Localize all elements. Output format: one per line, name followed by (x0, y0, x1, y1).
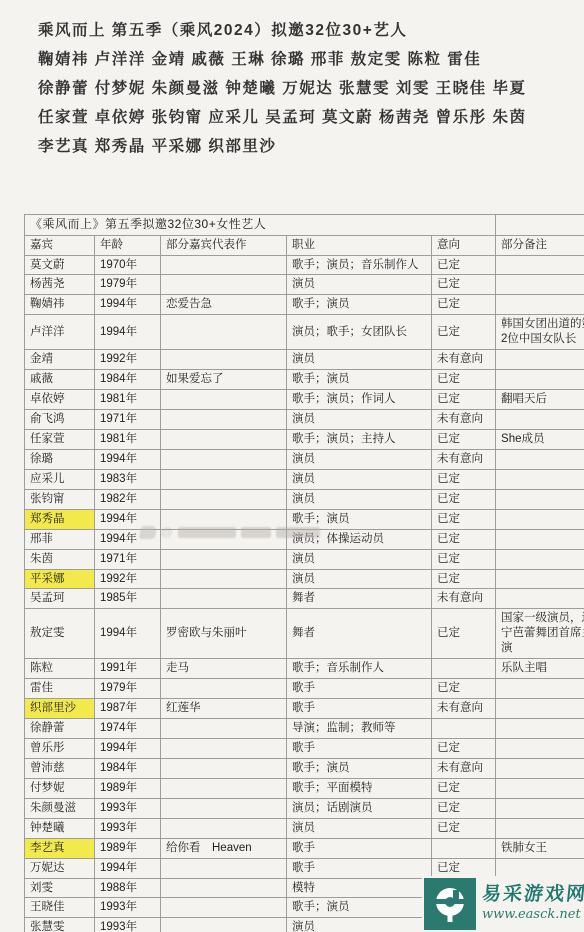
cell-occupation: 歌手 (287, 738, 432, 758)
cell-works: 走马 (161, 659, 287, 679)
table-row: 戚薇1984年如果爱忘了歌手；演员已定 (25, 370, 584, 390)
cell-occupation: 演员 (287, 489, 432, 509)
cell-occupation: 歌手；演员 (287, 898, 432, 918)
cell-intention: 已定 (432, 295, 496, 315)
table-row: 付梦妮1989年歌手；平面模特已定 (25, 778, 584, 798)
cell-guest-name: 敖定雯 (25, 609, 95, 659)
table-row: 钟楚曦1993年演员已定 (25, 818, 584, 838)
cell-works (161, 858, 287, 878)
cell-notes (496, 778, 584, 798)
cell-guest-name: 曾沛慈 (25, 758, 95, 778)
cell-intention: 已定 (432, 469, 496, 489)
cell-works (161, 898, 287, 918)
cell-guest-name: 俞飞鸿 (25, 410, 95, 430)
cell-occupation: 演员；体操运动员 (287, 529, 432, 549)
cell-intention: 已定 (432, 509, 496, 529)
column-header-notes: 部分备注 (496, 235, 584, 255)
cell-notes (496, 818, 584, 838)
table-row: 郑秀晶1994年歌手；演员已定 (25, 509, 584, 529)
cell-notes (496, 569, 584, 589)
table-row: 徐静蕾1974年导演；监制；教师等 (25, 719, 584, 739)
intro-line: 李艺真 郑秀晶 平采娜 织部里沙 (38, 132, 564, 161)
table-row: 朱茵1971年演员已定 (25, 549, 584, 569)
cell-birth-year: 1994年 (95, 315, 161, 350)
cell-notes: She成员 (496, 429, 584, 449)
guest-table-wrap: 《乘风而上》第五季拟邀32位30+女性艺人 嘉宾 年龄 部分嘉宾代表作 职业 意… (24, 214, 584, 932)
cell-works: 罗密欧与朱丽叶 (161, 609, 287, 659)
cell-intention: 已定 (432, 315, 496, 350)
cell-birth-year: 1988年 (95, 878, 161, 898)
cell-notes (496, 798, 584, 818)
cell-guest-name: 应采儿 (25, 469, 95, 489)
cell-occupation: 模特 (287, 878, 432, 898)
cell-intention: 未有意向 (432, 350, 496, 370)
cell-occupation: 演员 (287, 818, 432, 838)
cell-guest-name: 郑秀晶 (25, 509, 95, 529)
cell-occupation: 演员 (287, 350, 432, 370)
intro-text-block: 乘风而上 第五季（乘风2024）拟邀32位30+艺人 鞠婧祎 卢洋洋 金靖 戚薇… (0, 0, 584, 161)
intro-line: 徐静蕾 付梦妮 朱颜曼滋 钟楚曦 万妮达 张慧雯 刘雯 王晓佳 毕夏 (38, 74, 564, 103)
cell-occupation: 舞者 (287, 589, 432, 609)
cell-birth-year: 1992年 (95, 569, 161, 589)
table-title: 《乘风而上》第五季拟邀32位30+女性艺人 (25, 215, 496, 236)
cell-notes (496, 719, 584, 739)
cell-occupation: 歌手 (287, 679, 432, 699)
cell-birth-year: 1993年 (95, 918, 161, 932)
cell-occupation: 导演；监制；教师等 (287, 719, 432, 739)
empty-cell (496, 215, 584, 236)
cell-notes (496, 529, 584, 549)
cell-works (161, 549, 287, 569)
cell-notes (496, 758, 584, 778)
cell-guest-name: 王晓佳 (25, 898, 95, 918)
cell-works (161, 878, 287, 898)
cell-intention: 已定 (432, 778, 496, 798)
cell-intention: 未有意向 (432, 589, 496, 609)
cell-works (161, 449, 287, 469)
cell-works (161, 569, 287, 589)
cell-occupation: 歌手；演员 (287, 509, 432, 529)
cell-works (161, 275, 287, 295)
cell-intention: 已定 (432, 429, 496, 449)
cell-guest-name: 张慧雯 (25, 918, 95, 932)
cell-intention: 未有意向 (432, 758, 496, 778)
table-row: 曾沛慈1984年歌手；演员未有意向 (25, 758, 584, 778)
cell-birth-year: 1994年 (95, 295, 161, 315)
cell-works (161, 255, 287, 275)
site-logo: 易采游戏网 www.easck.net (422, 876, 584, 932)
table-row: 任家萱1981年歌手；演员；主持人已定She成员 (25, 429, 584, 449)
cell-occupation: 歌手；演员；音乐制作人 (287, 255, 432, 275)
cell-notes (496, 275, 584, 295)
cell-works (161, 390, 287, 410)
cell-intention: 已定 (432, 738, 496, 758)
intro-line: 乘风而上 第五季（乘风2024）拟邀32位30+艺人 (38, 16, 564, 45)
cell-intention: 已定 (432, 390, 496, 410)
cell-occupation: 演员 (287, 569, 432, 589)
table-row: 杨茜尧1979年演员已定 (25, 275, 584, 295)
cell-birth-year: 1970年 (95, 255, 161, 275)
cell-guest-name: 吴孟珂 (25, 589, 95, 609)
cell-occupation: 舞者 (287, 609, 432, 659)
cell-notes: 铁肺女王 (496, 838, 584, 858)
intro-line: 任家萱 卓依婷 张钧甯 应采儿 吴孟珂 莫文蔚 杨茜尧 曾乐彤 朱茵 (38, 103, 564, 132)
cell-intention: 已定 (432, 255, 496, 275)
cell-birth-year: 1989年 (95, 838, 161, 858)
site-url: www.easck.net (482, 908, 584, 922)
cell-birth-year: 1984年 (95, 370, 161, 390)
cell-intention: 未有意向 (432, 449, 496, 469)
cell-intention: 已定 (432, 798, 496, 818)
cell-occupation: 歌手；音乐制作人 (287, 659, 432, 679)
site-name: 易采游戏网 (481, 885, 584, 906)
cell-guest-name: 曾乐彤 (25, 738, 95, 758)
cell-works (161, 719, 287, 739)
cell-birth-year: 1993年 (95, 798, 161, 818)
cell-works (161, 679, 287, 699)
table-row: 俞飞鸿1971年演员未有意向 (25, 410, 584, 430)
table-row: 莫文蔚1970年歌手；演员；音乐制作人已定 (25, 255, 584, 275)
cell-notes (496, 679, 584, 699)
table-row: 朱颜曼滋1993年演员；话剧演员已定 (25, 798, 584, 818)
cell-works (161, 589, 287, 609)
cell-guest-name: 莫文蔚 (25, 255, 95, 275)
cell-works (161, 315, 287, 350)
cell-birth-year: 1987年 (95, 699, 161, 719)
table-row: 张钧甯1982年演员已定 (25, 489, 584, 509)
table-row: 平采娜1992年演员已定 (25, 569, 584, 589)
cell-works (161, 918, 287, 932)
cell-occupation: 演员 (287, 918, 432, 932)
cell-occupation: 歌手；平面模特 (287, 778, 432, 798)
cell-birth-year: 1992年 (95, 350, 161, 370)
intro-line: 鞠婧祎 卢洋洋 金靖 戚薇 王琳 徐璐 邢菲 敖定雯 陈粒 雷佳 (38, 45, 564, 74)
cell-notes (496, 549, 584, 569)
table-row: 徐璐1994年演员未有意向 (25, 449, 584, 469)
cell-works (161, 469, 287, 489)
column-header-guest: 嘉宾 (25, 235, 95, 255)
cell-occupation: 演员 (287, 410, 432, 430)
cell-intention: 已定 (432, 679, 496, 699)
cell-works (161, 429, 287, 449)
cell-intention: 已定 (432, 529, 496, 549)
cell-works: 恋爱告急 (161, 295, 287, 315)
cell-birth-year: 1991年 (95, 659, 161, 679)
cell-works (161, 778, 287, 798)
cell-occupation: 歌手；演员 (287, 295, 432, 315)
table-row: 陈粒1991年走马歌手；音乐制作人乐队主唱 (25, 659, 584, 679)
cell-guest-name: 戚薇 (25, 370, 95, 390)
cell-notes (496, 469, 584, 489)
cell-notes (496, 350, 584, 370)
cell-intention (432, 719, 496, 739)
cell-guest-name: 雷佳 (25, 679, 95, 699)
cell-notes: 国家一级演员，辽宁芭蕾舞团首席主演 (496, 609, 584, 659)
cell-guest-name: 徐璐 (25, 449, 95, 469)
cell-birth-year: 1994年 (95, 738, 161, 758)
table-row: 吴孟珂1985年舞者未有意向 (25, 589, 584, 609)
cell-intention: 未有意向 (432, 410, 496, 430)
cell-guest-name: 李艺真 (25, 838, 95, 858)
cell-birth-year: 1994年 (95, 449, 161, 469)
cell-occupation: 歌手 (287, 699, 432, 719)
cell-intention: 已定 (432, 489, 496, 509)
cell-works (161, 818, 287, 838)
cell-works (161, 738, 287, 758)
cell-birth-year: 1985年 (95, 589, 161, 609)
table-row: 曾乐彤1994年歌手已定 (25, 738, 584, 758)
cell-birth-year: 1981年 (95, 390, 161, 410)
cell-notes (496, 589, 584, 609)
cell-birth-year: 1994年 (95, 858, 161, 878)
cell-works (161, 489, 287, 509)
cell-notes (496, 410, 584, 430)
guest-table-body: 《乘风而上》第五季拟邀32位30+女性艺人 嘉宾 年龄 部分嘉宾代表作 职业 意… (25, 215, 584, 932)
cell-guest-name: 朱颜曼滋 (25, 798, 95, 818)
cell-birth-year: 1979年 (95, 679, 161, 699)
cell-notes (496, 509, 584, 529)
cell-guest-name: 陈粒 (25, 659, 95, 679)
cell-occupation: 歌手；演员 (287, 370, 432, 390)
table-row: 邢菲1994年演员；体操运动员已定 (25, 529, 584, 549)
cell-birth-year: 1971年 (95, 410, 161, 430)
cell-occupation: 演员；话剧演员 (287, 798, 432, 818)
cell-notes (496, 255, 584, 275)
cell-guest-name: 张钧甯 (25, 489, 95, 509)
cell-birth-year: 1994年 (95, 609, 161, 659)
cell-guest-name: 金靖 (25, 350, 95, 370)
cell-occupation: 歌手；演员 (287, 758, 432, 778)
cell-works: 如果爱忘了 (161, 370, 287, 390)
cell-occupation: 歌手；演员；作词人 (287, 390, 432, 410)
table-row: 织部里沙1987年红莲华歌手未有意向 (25, 699, 584, 719)
cell-notes (496, 295, 584, 315)
cell-birth-year: 1984年 (95, 758, 161, 778)
cell-notes: 韩国女团出道的第2位中国女队长 (496, 315, 584, 350)
column-header-year: 年龄 (95, 235, 161, 255)
cell-birth-year: 1989年 (95, 778, 161, 798)
cell-works (161, 410, 287, 430)
site-logo-icon (424, 878, 476, 930)
cell-intention (432, 659, 496, 679)
cell-occupation: 演员 (287, 549, 432, 569)
cell-guest-name: 织部里沙 (25, 699, 95, 719)
cell-notes (496, 738, 584, 758)
cell-works: 红莲华 (161, 699, 287, 719)
cell-birth-year: 1983年 (95, 469, 161, 489)
cell-occupation: 演员 (287, 469, 432, 489)
cell-guest-name: 卓依婷 (25, 390, 95, 410)
cell-notes (496, 489, 584, 509)
cell-guest-name: 付梦妮 (25, 778, 95, 798)
cell-occupation: 演员 (287, 449, 432, 469)
table-row: 敖定雯1994年罗密欧与朱丽叶舞者已定国家一级演员，辽宁芭蕾舞团首席主演 (25, 609, 584, 659)
cell-birth-year: 1993年 (95, 818, 161, 838)
cell-works (161, 758, 287, 778)
table-row: 卢洋洋1994年演员；歌手；女团队长已定韩国女团出道的第2位中国女队长 (25, 315, 584, 350)
cell-works (161, 350, 287, 370)
cell-notes (496, 370, 584, 390)
cell-birth-year: 1981年 (95, 429, 161, 449)
cell-guest-name: 卢洋洋 (25, 315, 95, 350)
cell-birth-year: 1994年 (95, 509, 161, 529)
cell-guest-name: 万妮达 (25, 858, 95, 878)
cell-guest-name: 邢菲 (25, 529, 95, 549)
cell-guest-name: 刘雯 (25, 878, 95, 898)
cell-works (161, 798, 287, 818)
cell-intention: 已定 (432, 569, 496, 589)
cell-birth-year: 1982年 (95, 489, 161, 509)
cell-guest-name: 平采娜 (25, 569, 95, 589)
cell-guest-name: 鞠婧祎 (25, 295, 95, 315)
cell-occupation: 歌手 (287, 838, 432, 858)
cell-works (161, 529, 287, 549)
cell-intention (432, 838, 496, 858)
table-row: 卓依婷1981年歌手；演员；作词人已定翻唱天后 (25, 390, 584, 410)
cell-birth-year: 1971年 (95, 549, 161, 569)
cell-intention: 已定 (432, 818, 496, 838)
cell-intention: 已定 (432, 609, 496, 659)
table-row: 金靖1992年演员未有意向 (25, 350, 584, 370)
cell-occupation: 演员 (287, 275, 432, 295)
cell-birth-year: 1974年 (95, 719, 161, 739)
cell-intention: 已定 (432, 275, 496, 295)
column-header-works: 部分嘉宾代表作 (161, 235, 287, 255)
cell-guest-name: 杨茜尧 (25, 275, 95, 295)
column-header-occupation: 职业 (287, 235, 432, 255)
cell-intention: 已定 (432, 370, 496, 390)
cell-intention: 未有意向 (432, 699, 496, 719)
cell-guest-name: 朱茵 (25, 549, 95, 569)
table-row: 李艺真1989年给你看 Heaven歌手铁肺女王 (25, 838, 584, 858)
table-header-row: 嘉宾 年龄 部分嘉宾代表作 职业 意向 部分备注 (25, 235, 584, 255)
cell-intention: 已定 (432, 549, 496, 569)
cell-guest-name: 钟楚曦 (25, 818, 95, 838)
table-row: 应采儿1983年演员已定 (25, 469, 584, 489)
cell-works (161, 509, 287, 529)
cell-notes: 翻唱天后 (496, 390, 584, 410)
cell-notes (496, 449, 584, 469)
cell-works: 给你看 Heaven (161, 838, 287, 858)
cell-notes: 乐队主唱 (496, 659, 584, 679)
cell-notes (496, 699, 584, 719)
table-row: 雷佳1979年歌手已定 (25, 679, 584, 699)
column-header-intention: 意向 (432, 235, 496, 255)
table-title-row: 《乘风而上》第五季拟邀32位30+女性艺人 (25, 215, 584, 236)
cell-birth-year: 1993年 (95, 898, 161, 918)
cell-guest-name: 徐静蕾 (25, 719, 95, 739)
cell-occupation: 歌手 (287, 858, 432, 878)
cell-occupation: 演员；歌手；女团队长 (287, 315, 432, 350)
cell-birth-year: 1994年 (95, 529, 161, 549)
stylized-e-glyph (430, 884, 470, 924)
cell-birth-year: 1979年 (95, 275, 161, 295)
cell-occupation: 歌手；演员；主持人 (287, 429, 432, 449)
guest-table: 《乘风而上》第五季拟邀32位30+女性艺人 嘉宾 年龄 部分嘉宾代表作 职业 意… (24, 214, 584, 932)
table-row: 鞠婧祎1994年恋爱告急歌手；演员已定 (25, 295, 584, 315)
cell-guest-name: 任家萱 (25, 429, 95, 449)
